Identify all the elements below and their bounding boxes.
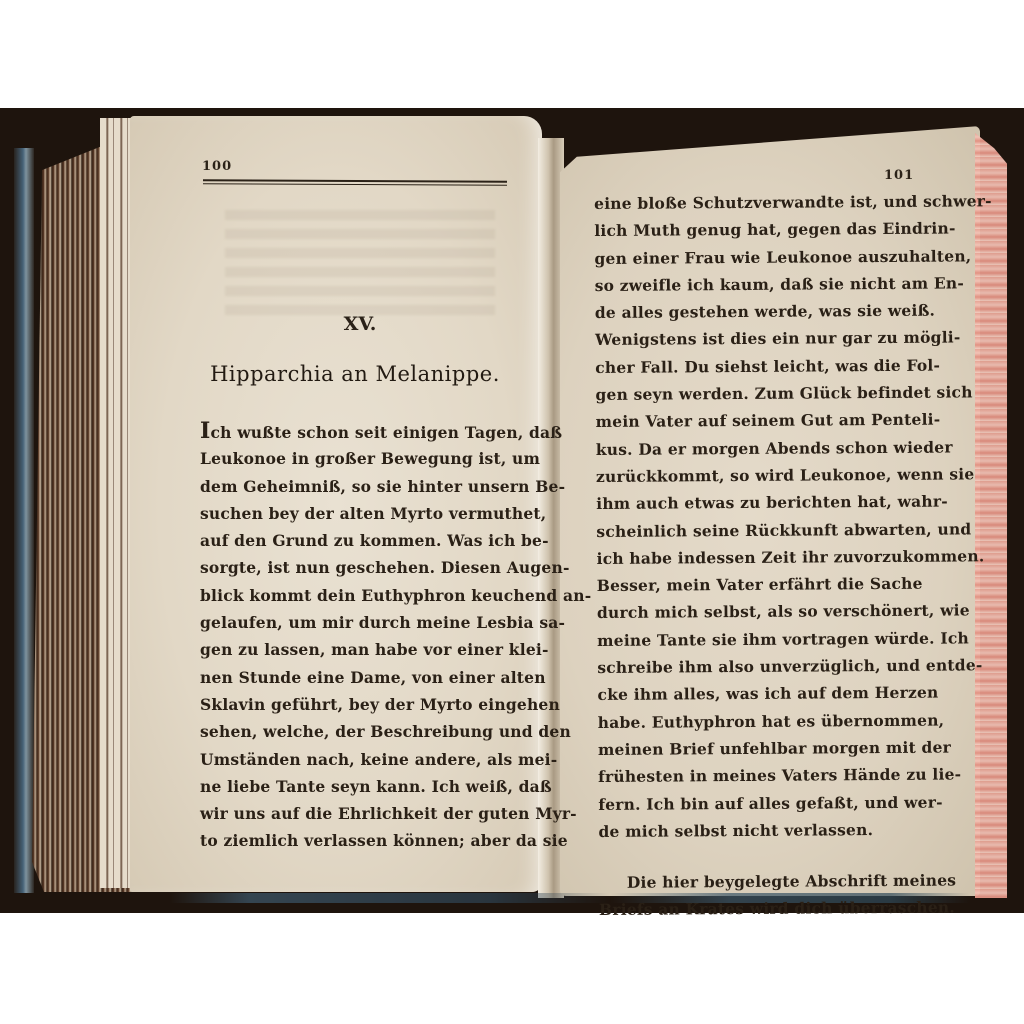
show-through-text: [225, 210, 495, 320]
text-line: habe. Euthyphron hat es übernommen,: [598, 706, 913, 735]
text-line: ich habe indessen Zeit ihr zuvorzukommen…: [596, 543, 911, 572]
text-line: gelaufen, um mir durch meine Lesbia sa-: [200, 609, 508, 636]
right-page-body: eine bloße Schutzverwandte ist, und schw…: [594, 188, 914, 924]
text-line: kus. Da er morgen Abends schon wieder: [596, 433, 911, 462]
text-line: meinen Brief unfehlbar morgen mit der: [598, 734, 913, 763]
text-line: cher Fall. Du siehst leicht, was die Fol…: [595, 352, 910, 381]
text-line: Sklavin geführt, bey der Myrto eingehen: [200, 691, 508, 718]
page-stack-light-edges: [100, 118, 134, 888]
text-line: suchen bey der alten Myrto vermuthet,: [200, 500, 508, 527]
text-line: to ziemlich verlassen können; aber da si…: [200, 827, 508, 854]
text-line: scheinlich seine Rückkunft abwarten, und: [596, 515, 911, 544]
text-line: Leukonoe in großer Bewegung ist, um: [200, 445, 508, 472]
text-line: Die hier beygelegte Abschrift meines: [599, 867, 914, 896]
letter-number: XV.: [320, 313, 400, 335]
text-line: Briefs an Krates wird dich überraschen.: [599, 894, 914, 923]
text-line: gen zu lassen, man habe vor einer klei-: [200, 636, 508, 663]
text-line: dem Geheimniß, so sie hinter unsern Be-: [200, 473, 508, 500]
text-line: sehen, welche, der Beschreibung und den: [200, 718, 508, 745]
text-line: schreibe ihm also unverzüglich, und entd…: [597, 652, 912, 681]
text-line: durch mich selbst, als so verschönert, w…: [597, 597, 912, 626]
text-line: cke ihm alles, was ich auf dem Herzen: [597, 679, 912, 708]
text-line: so zweifle ich kaum, daß sie nicht am En…: [595, 270, 910, 299]
text-line: ihm auch etwas zu berichten hat, wahr-: [596, 488, 911, 517]
text-line: ne liebe Tante seyn kann. Ich weiß, daß: [200, 773, 508, 800]
left-page-number: 100: [202, 159, 232, 174]
text-line: Besser, mein Vater erfährt die Sache: [597, 570, 912, 599]
text-line: frühesten in meines Vaters Hände zu lie-: [598, 761, 913, 790]
text-line: mein Vater auf seinem Gut am Penteli-: [596, 406, 911, 435]
text-line: meine Tante sie ihm vortragen würde. Ich: [597, 625, 912, 654]
text-line: gen seyn werden. Zum Glück befindet sich: [595, 379, 910, 408]
letter-title: Hipparchia an Melanippe.: [200, 362, 510, 386]
text-line: blick kommt dein Euthyphron keuchend an-: [200, 582, 508, 609]
paragraph-gap: [599, 843, 914, 869]
text-line: wir uns auf die Ehrlichkeit der guten My…: [200, 800, 508, 827]
text-line: de mich selbst nicht verlassen.: [598, 816, 913, 845]
text-line: fern. Ich bin auf alles gefaßt, und wer-: [598, 788, 913, 817]
book-cover-edge: [14, 148, 34, 893]
text-line: Ich wußte schon seit einigen Tagen, daß: [200, 418, 508, 445]
text-line: eine bloße Schutzverwandte ist, und schw…: [594, 188, 909, 217]
text-line: Umständen nach, keine andere, als mei-: [200, 746, 508, 773]
text-line: sorgte, ist nun geschehen. Diesen Augen-: [200, 554, 508, 581]
left-page-body: Ich wußte schon seit einigen Tagen, daß …: [200, 418, 508, 855]
red-fore-edge: [975, 133, 1007, 898]
text-line: lich Muth genug hat, gegen das Eindrin-: [594, 215, 909, 244]
text-line: nen Stunde eine Dame, von einer alten: [200, 664, 508, 691]
text-line: gen einer Frau wie Leukonoe auszuhalten,: [594, 242, 909, 271]
text-line: de alles gestehen werde, was sie weiß.: [595, 297, 910, 326]
text-line: zurückkommt, so wird Leukonoe, wenn sie: [596, 461, 911, 490]
text-line: Wenigstens ist dies ein nur gar zu mögli…: [595, 324, 910, 353]
text-line: auf den Grund zu kommen. Was ich be-: [200, 527, 508, 554]
right-page-number: 101: [884, 168, 914, 183]
